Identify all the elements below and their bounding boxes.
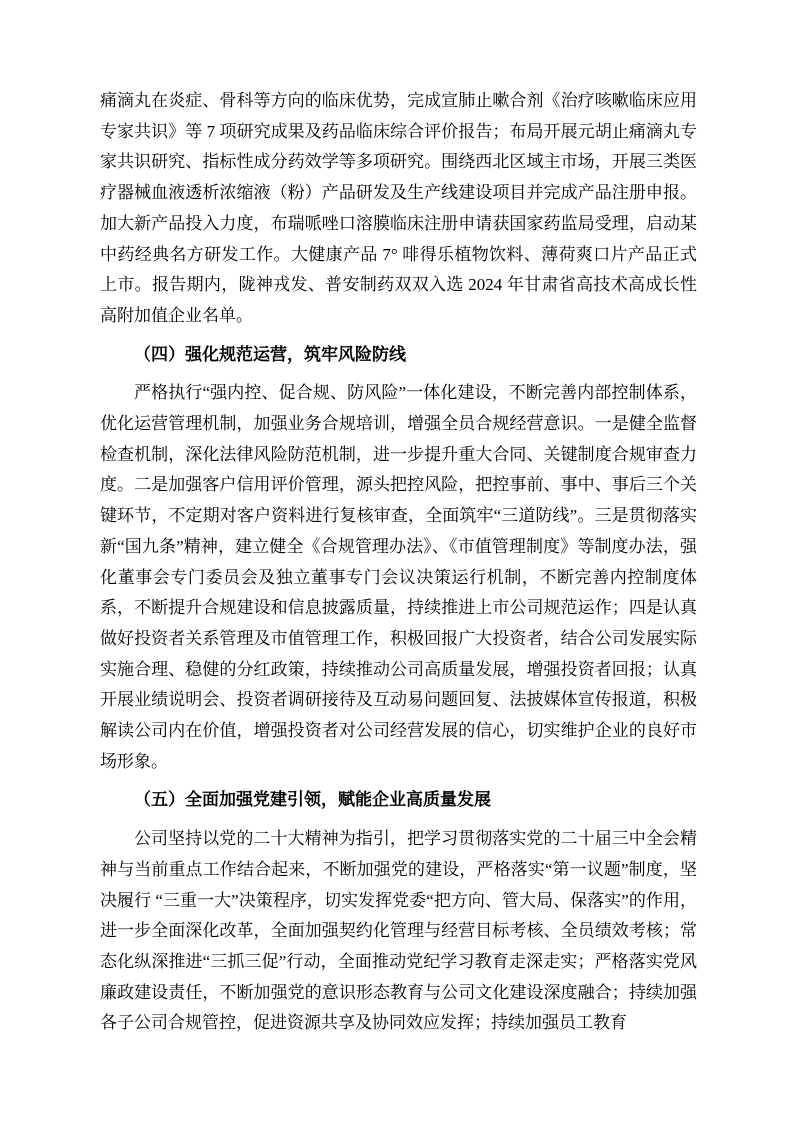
paragraph-section-5-party-building: 公司坚持以党的二十大精神为指引，把学习贯彻落实党的二十届三中全会精神与当前重点工…: [100, 824, 697, 1039]
section-heading-5-party-building: （五）全面加强党建引领，赋能企业高质量发展: [100, 785, 697, 816]
paragraph-section-4-compliance: 严格执行“强内控、促合规、防风险”一体化建设，不断完善内部控制体系，优化运营管理…: [100, 378, 697, 777]
document-page: 痛滴丸在炎症、骨科等方向的临床优势，完成宣肺止嗽合剂《治疗咳嗽临床应用专家共识》…: [0, 0, 794, 1122]
section-heading-4-compliance: （四）强化规范运营，筑牢风险防线: [100, 340, 697, 371]
paragraph-continuation-rnd-products: 痛滴丸在炎症、骨科等方向的临床优势，完成宣肺止嗽合剂《治疗咳嗽临床应用专家共识》…: [100, 86, 697, 332]
